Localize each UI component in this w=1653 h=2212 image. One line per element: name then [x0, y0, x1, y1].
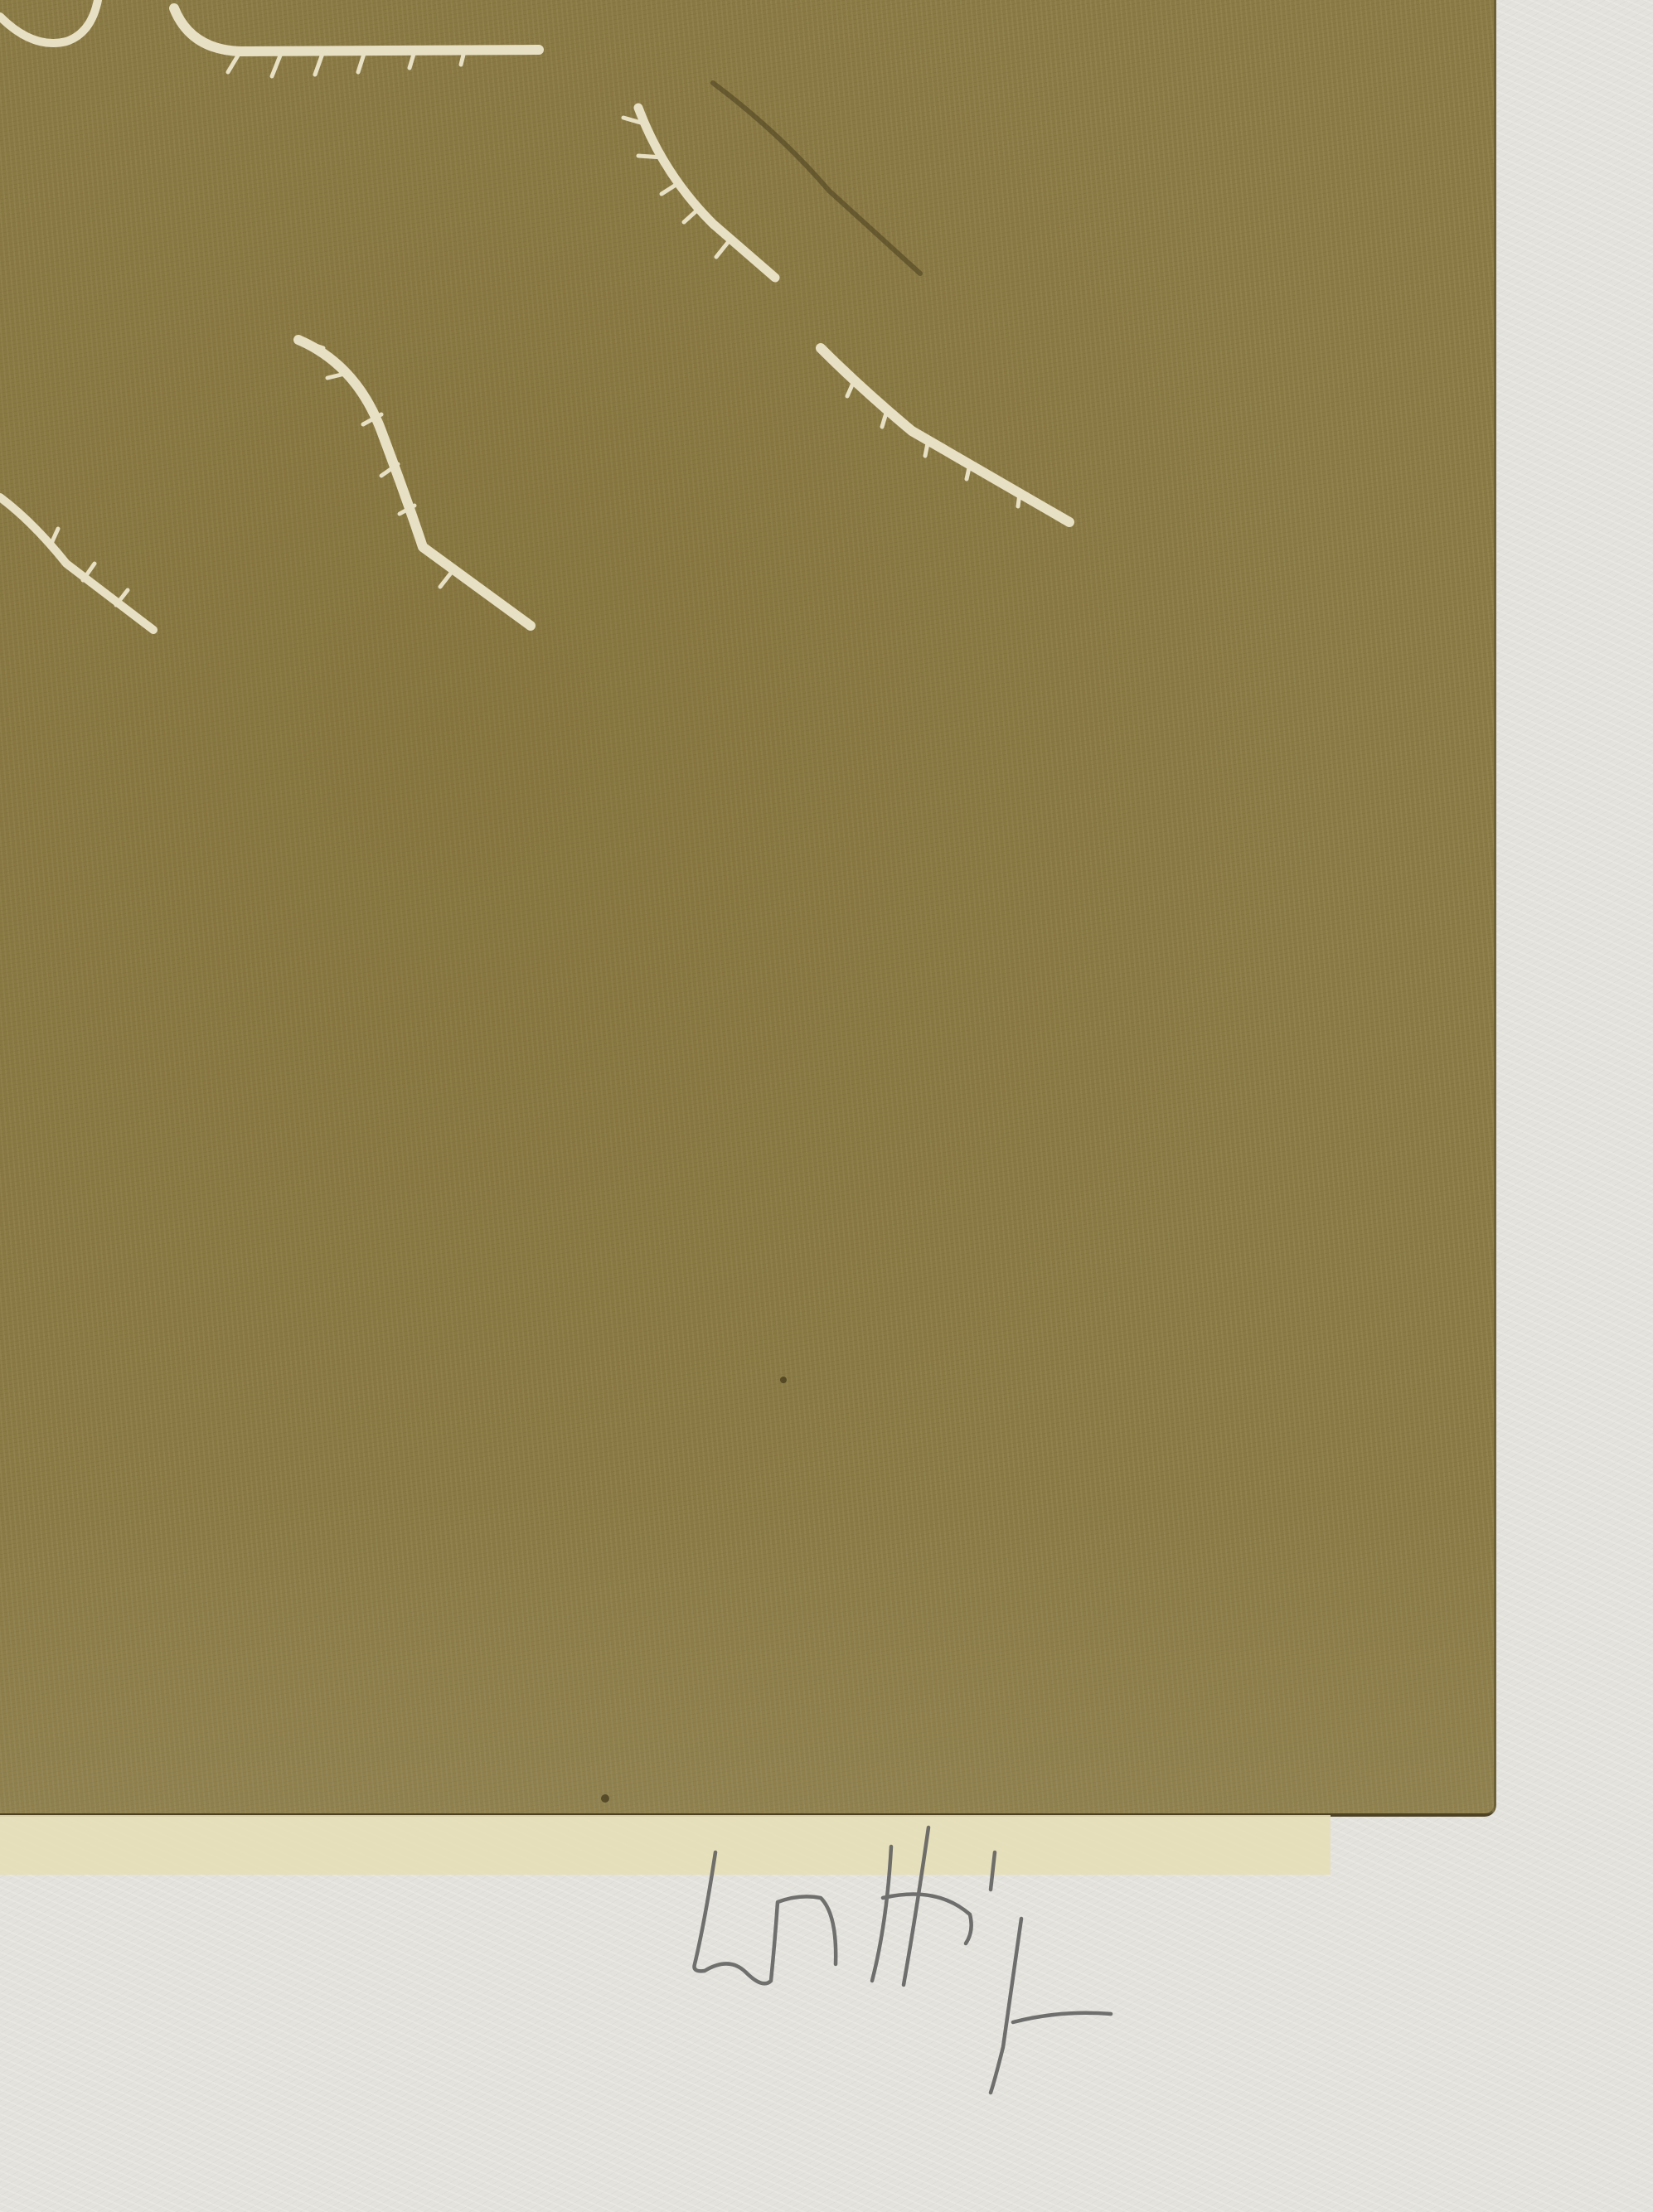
carved-white-strokes [0, 0, 1069, 630]
ink-specks [601, 1377, 787, 1803]
carved-marks-layer [0, 0, 1653, 2212]
pencil-signature [695, 1827, 1112, 2093]
